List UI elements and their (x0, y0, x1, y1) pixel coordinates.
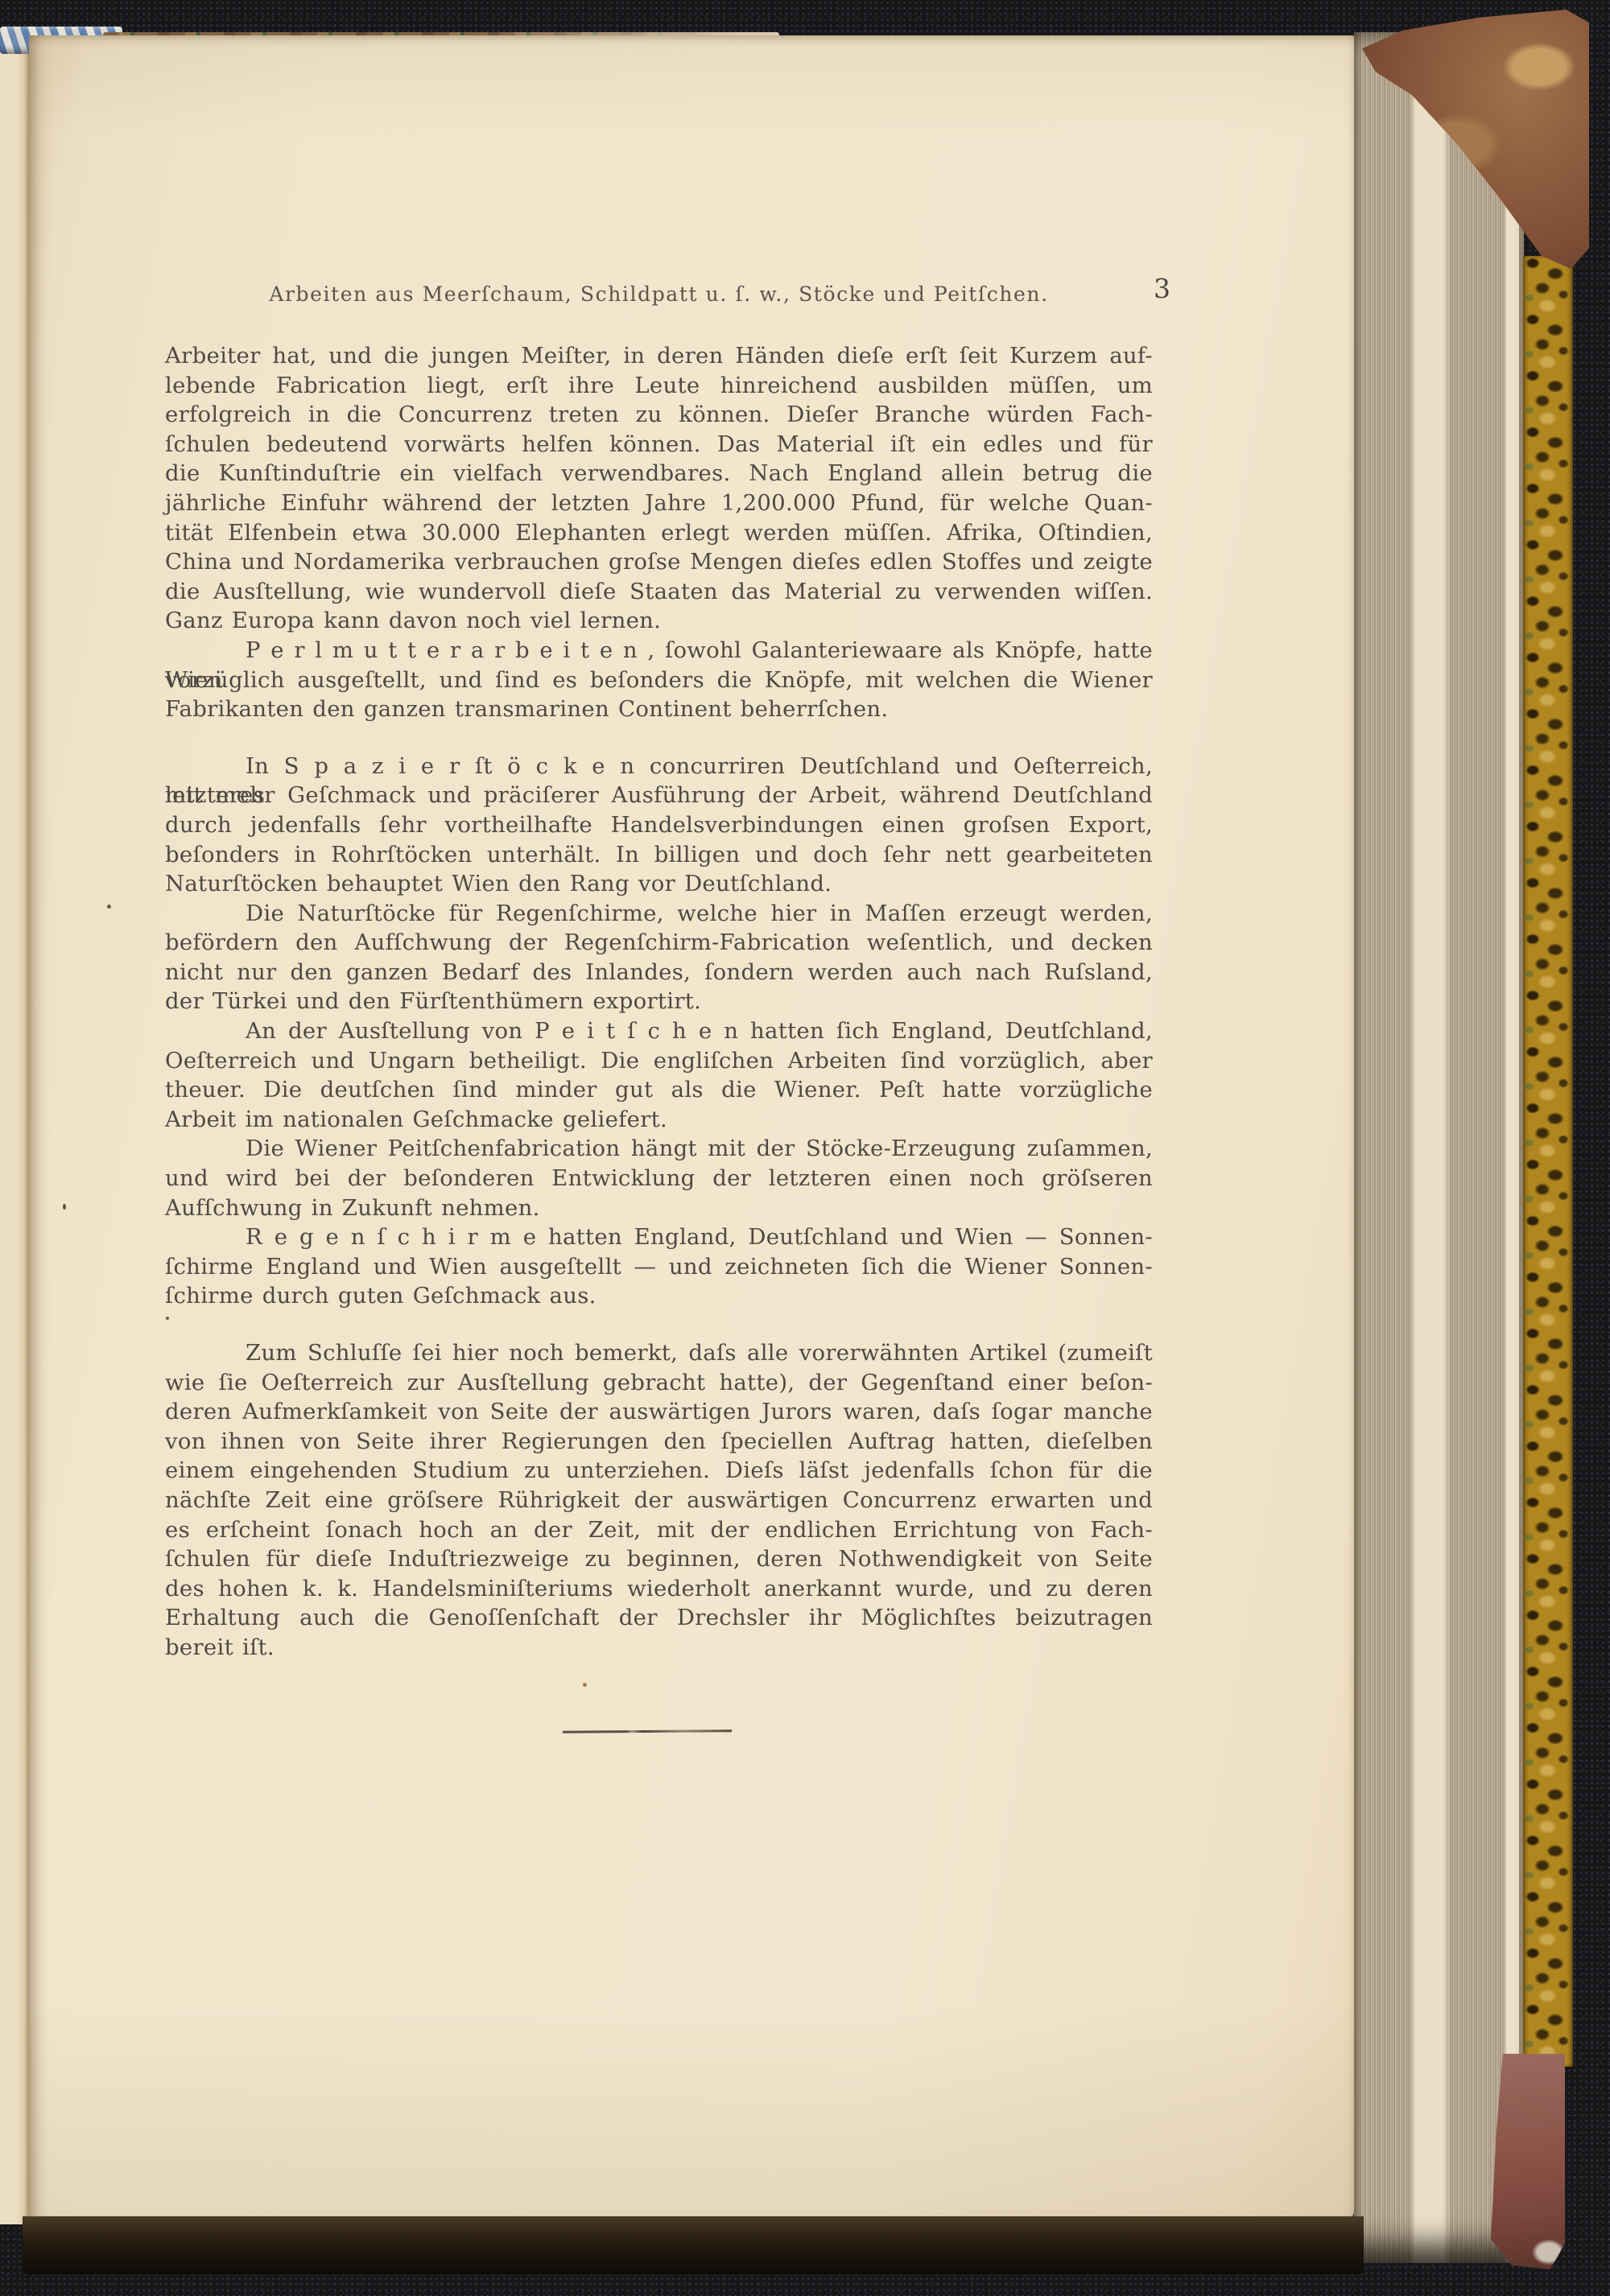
text-line: An der Ausſtellung von P e i t ſ c h e n… (165, 1016, 1153, 1046)
text-line: ſchulen für dieſe Induſtriezweige zu beg… (165, 1544, 1153, 1574)
text-line: Fabrikanten den ganzen transmarinen Cont… (165, 695, 1153, 724)
text-line: Arbeit im nationalen Geſchmacke geliefer… (165, 1105, 1153, 1135)
text-line: In S p a z i e r ſt ö c k e n concurrire… (165, 752, 1153, 781)
body-text: Arbeiter hat, und die jungen Meiſter, in… (165, 341, 1153, 1663)
text-line: des hohen k. k. Handelsminiſteriums wied… (165, 1574, 1153, 1604)
text-line: Aufſchwung in Zukunft nehmen. (165, 1193, 1153, 1223)
text-line: befördern den Aufſchwung der Regenſchirm… (165, 928, 1153, 958)
paper-speck (166, 1317, 169, 1320)
text-line: tität Elfenbein etwa 30.000 Elephanten e… (165, 518, 1153, 548)
page-number: 3 (1154, 273, 1170, 304)
text-line: durch jedenfalls ſehr vortheilhafte Hand… (165, 810, 1153, 840)
paper-speck (107, 905, 111, 909)
text-line: Erhaltung auch die Genoſſenſchaft der Dr… (165, 1603, 1153, 1633)
text-line: Oeſterreich und Ungarn betheiligt. Die e… (165, 1046, 1153, 1076)
text-line: erfolgreich in die Concurrenz treten zu … (165, 400, 1153, 430)
text-line: beſonders in Rohrſtöcken unterhält. In b… (165, 840, 1153, 870)
text-line: deren Aufmerkſamkeit von Seite der auswä… (165, 1397, 1153, 1427)
running-header: Arbeiten aus Meerſchaum, Schildpatt u. ſ… (165, 282, 1153, 306)
page-bottom-shadow (23, 2216, 1364, 2274)
text-line: Naturſtöcken behauptet Wien den Rang vor… (165, 869, 1153, 899)
text-line: China und Nordamerika verbrauchen groſse… (165, 547, 1153, 577)
text-line: der Türkei und den Fürſtenthümern export… (165, 987, 1153, 1016)
text-line: Die Wiener Peitſchenfabrication hängt mi… (165, 1134, 1153, 1164)
paragraph-gap (165, 724, 1153, 752)
text-line: die Ausſtellung, wie wundervoll dieſe St… (165, 577, 1153, 607)
text-line: lebende Fabrication liegt, erſt ihre Leu… (165, 371, 1153, 401)
gutter-page-edge (0, 42, 31, 2224)
text-line: die Kunſtinduſtrie ein vielfach verwendb… (165, 459, 1153, 488)
text-line: mit mehr Geſchmack und präciſerer Ausfüh… (165, 781, 1153, 810)
text-line: R e g e n ſ c h i r m e hatten England, … (165, 1222, 1153, 1252)
paper-speck (63, 1204, 66, 1210)
text-line: wie ſie Oeſterreich zur Ausſtellung gebr… (165, 1368, 1153, 1398)
text-line: einem eingehenden Studium zu unterziehen… (165, 1456, 1153, 1486)
text-line: ſchulen bedeutend vorwärts helfen können… (165, 430, 1153, 460)
text-line: Arbeiter hat, und die jungen Meiſter, in… (165, 341, 1153, 371)
text-line: und wird bei der beſonderen Entwicklung … (165, 1164, 1153, 1193)
text-line: jährliche Einfuhr während der letzten Ja… (165, 488, 1153, 518)
text-line: theuer. Die deutſchen ſind minder gut al… (165, 1075, 1153, 1105)
text-line: von ihnen von Seite ihrer Regierungen de… (165, 1427, 1153, 1457)
text-line: Ganz Europa kann davon noch viel lernen. (165, 606, 1153, 636)
book-page: Arbeiten aus Meerſchaum, Schildpatt u. ſ… (29, 35, 1354, 2220)
paper-speck (583, 1683, 587, 1687)
text-line: Zum Schluſſe ſei hier noch bemerkt, daſs… (165, 1338, 1153, 1368)
text-line: Die Naturſtöcke für Regenſchirme, welche… (165, 899, 1153, 929)
text-line: vorzüglich ausgeſtellt, und ſind es beſo… (165, 666, 1153, 695)
leather-cover-corner-bottom (1491, 2054, 1565, 2269)
section-divider-rule (563, 1729, 732, 1733)
text-line: bereit iſt. (165, 1633, 1153, 1663)
text-line: es erſcheint ſonach hoch an der Zeit, mi… (165, 1515, 1153, 1545)
paragraph-gap (165, 1311, 1153, 1338)
marbled-cover-edge (1523, 256, 1573, 2067)
scanned-book-page: Arbeiten aus Meerſchaum, Schildpatt u. ſ… (0, 0, 1610, 2296)
text-line: nicht nur den ganzen Bedarf des Inlandes… (165, 958, 1153, 987)
text-line: ſchirme England und Wien ausgeſtellt — u… (165, 1252, 1153, 1282)
text-line: nächſte Zeit eine gröſsere Rührigkeit de… (165, 1486, 1153, 1515)
text-line: ſchirme durch guten Geſchmack aus. (165, 1281, 1153, 1311)
text-line: P e r l m u t t e r a r b e i t e n , ſo… (165, 636, 1153, 666)
fore-edge-pages (1354, 32, 1524, 2263)
